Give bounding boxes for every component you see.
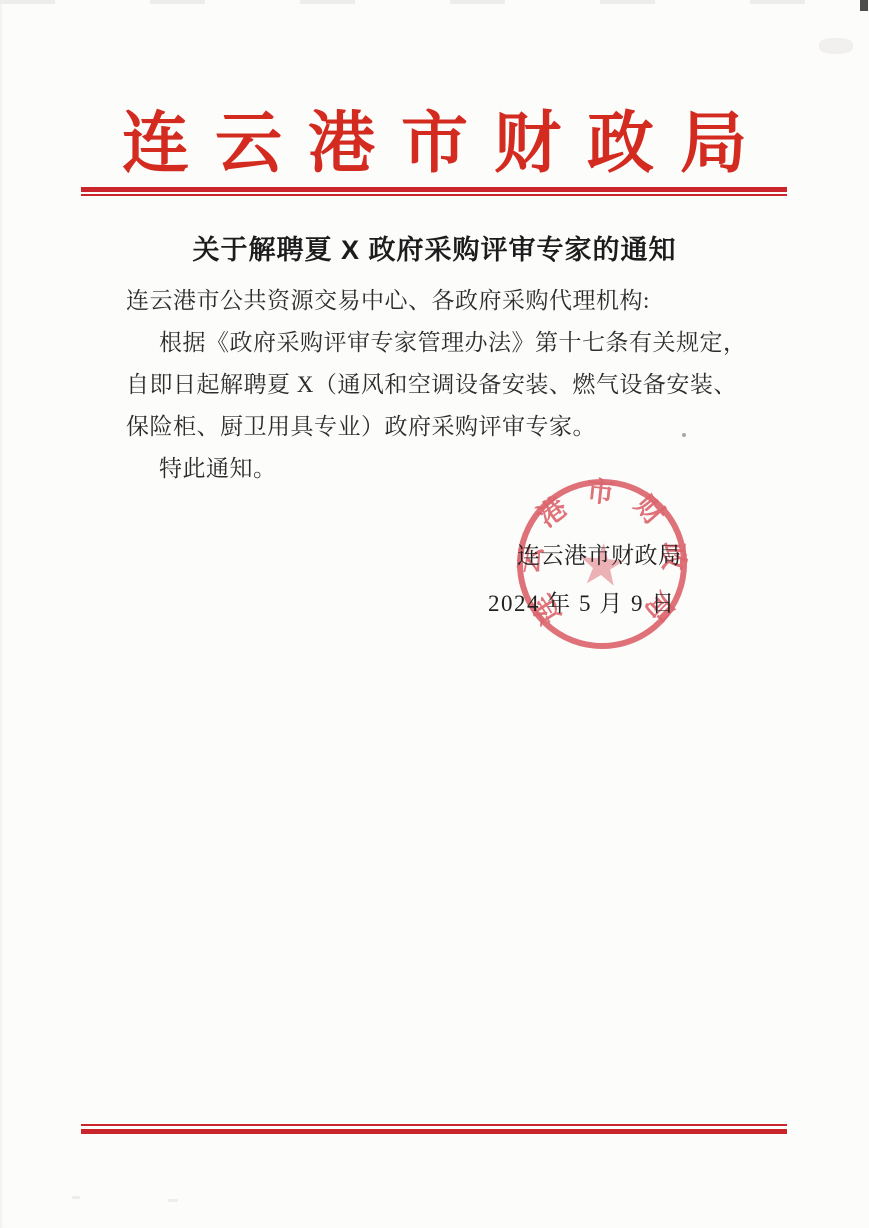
salutation: 连云港市公共资源交易中心、各政府采购代理机构: — [126, 280, 756, 322]
document-page: 连云港市财政局 关于解聘夏 X 政府采购评审专家的通知 连云港市公共资源交易中心… — [0, 0, 869, 1228]
body-line: 自即日起解聘夏 X（通风和空调设备安装、燃气设备安装、 — [126, 364, 756, 406]
header-rule-thin — [81, 194, 787, 196]
footer-rule-thin — [81, 1124, 787, 1126]
scan-artifact-top-edge — [0, 0, 869, 4]
signature-org: 连云港市财政局 — [517, 537, 682, 570]
letterhead-agency-name: 连云港市财政局 — [13, 103, 869, 185]
document-title: 关于解聘夏 X 政府采购评审专家的通知 — [0, 228, 869, 267]
footer-rule-thick — [81, 1129, 787, 1134]
document-body: 连云港市公共资源交易中心、各政府采购代理机构: 根据《政府采购评审专家管理办法》… — [126, 280, 756, 490]
scan-artifact-corner — [860, 0, 868, 11]
signature-date: 2024 年 5 月 9 日 — [488, 585, 676, 618]
scan-artifact-speck — [72, 1196, 80, 1199]
body-line: 根据《政府采购评审专家管理办法》第十七条有关规定， — [126, 322, 756, 364]
body-line: 保险柜、厨卫用具专业）政府采购评审专家。 — [126, 406, 756, 448]
header-rule-thick — [81, 187, 787, 192]
scan-artifact-blob — [819, 38, 853, 54]
scan-artifact-speck — [168, 1199, 178, 1202]
